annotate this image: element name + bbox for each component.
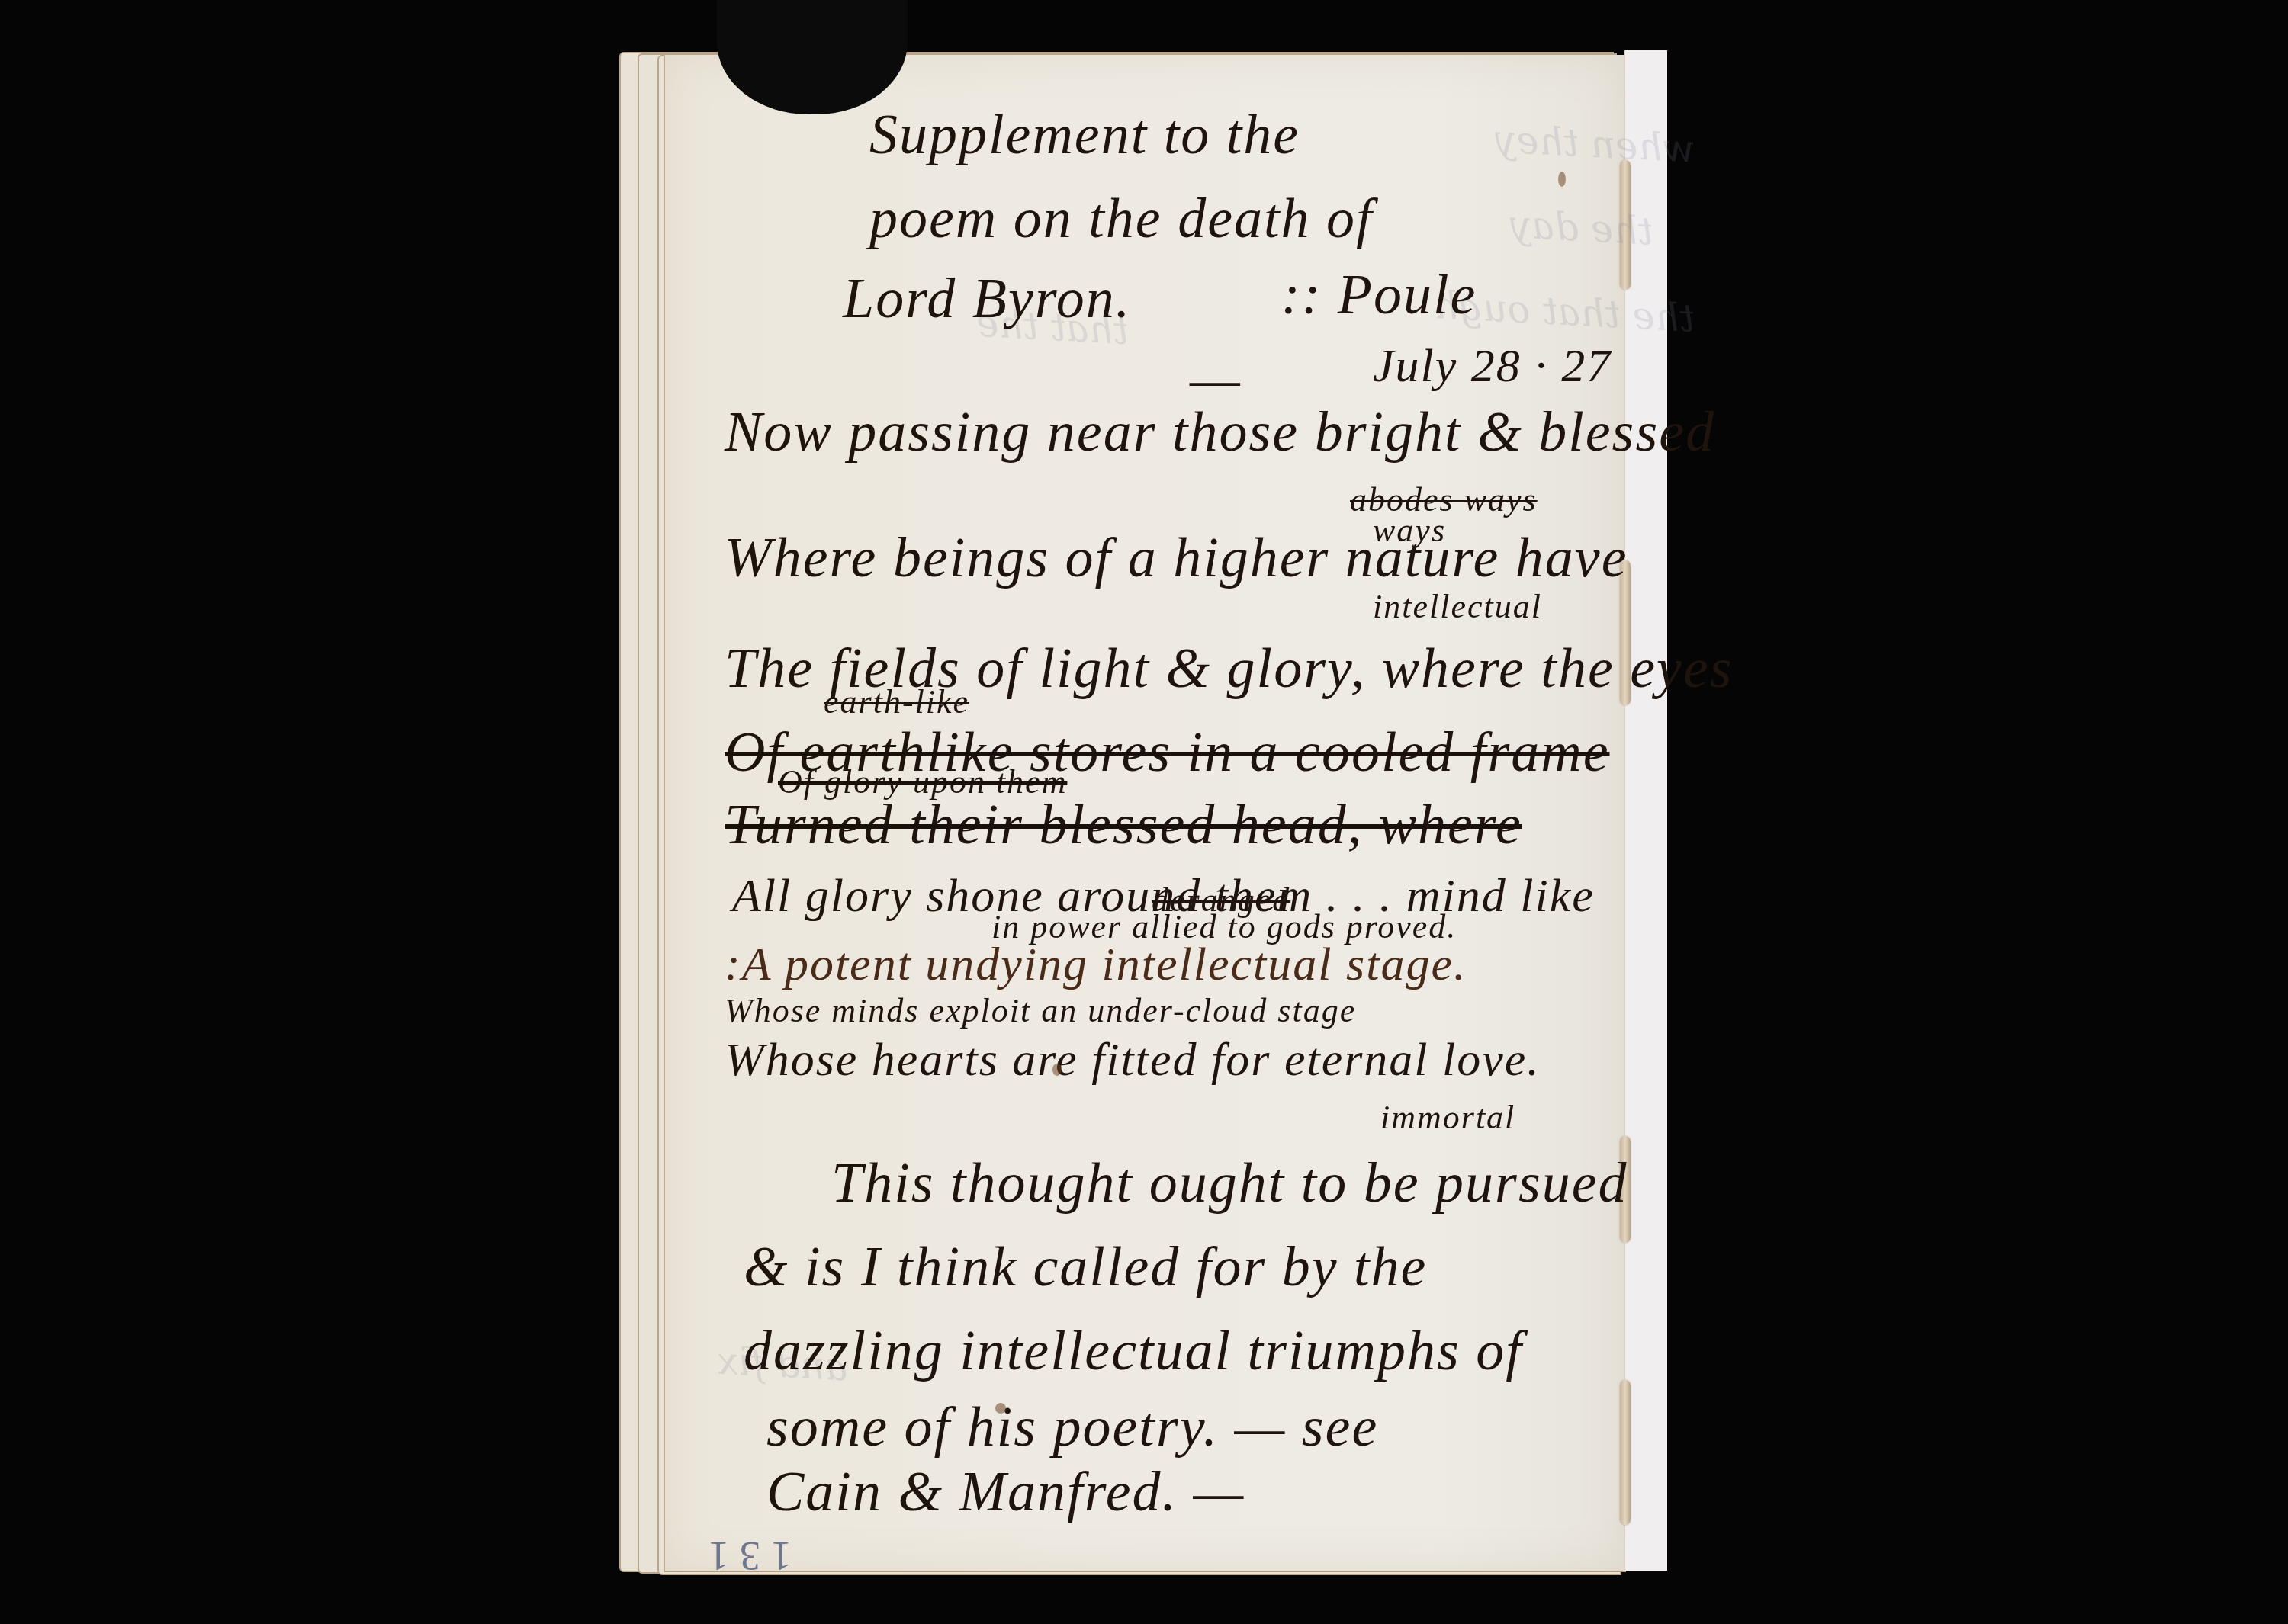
insertion: intellectual — [1373, 587, 1542, 626]
prose-line: This thought ought to be pursued — [831, 1151, 1628, 1216]
ink-stain — [1052, 1064, 1062, 1076]
ink-stain — [1558, 172, 1566, 187]
date: July 28 · 27 — [1373, 339, 1612, 393]
struck-verse-line: Turned their blessed head, where — [725, 793, 1522, 858]
prose-line: dazzling intellectual triumphs of — [744, 1319, 1523, 1384]
prose-line: some of his poetry. — see — [766, 1395, 1378, 1460]
prose-line: & is I think called for by the — [744, 1235, 1427, 1300]
verse-line-brown: :A potent undying intellectual stage. — [725, 938, 1467, 992]
insertion: immortal — [1380, 1098, 1515, 1137]
verse-line: Where beings of a higher nature have — [725, 526, 1628, 591]
show-through-text: the day — [1509, 202, 1655, 254]
ink-stain — [995, 1403, 1006, 1414]
verse-line: Now passing near those bright & blessed — [725, 400, 1715, 465]
binding-gutter — [1624, 50, 1667, 1571]
verse-line: Whose hearts are fitted for eternal love… — [725, 1033, 1541, 1087]
struck-text: Turned their blessed head, where — [725, 794, 1522, 856]
verse-line: Whose minds exploit an under-cloud stage — [725, 991, 1356, 1030]
prose-line: Cain & Manfred. — — [766, 1460, 1245, 1525]
heading-line-2: poem on the death of — [869, 187, 1374, 252]
signature: :: Poule — [1281, 263, 1477, 328]
insertion-struck: earth-like — [824, 682, 969, 721]
heading-line-1: Supplement to the — [869, 103, 1300, 168]
page-number: 131 — [698, 1533, 792, 1580]
binding-thread-icon — [1620, 1380, 1631, 1525]
heading-line-3: Lord Byron. — [843, 267, 1131, 332]
